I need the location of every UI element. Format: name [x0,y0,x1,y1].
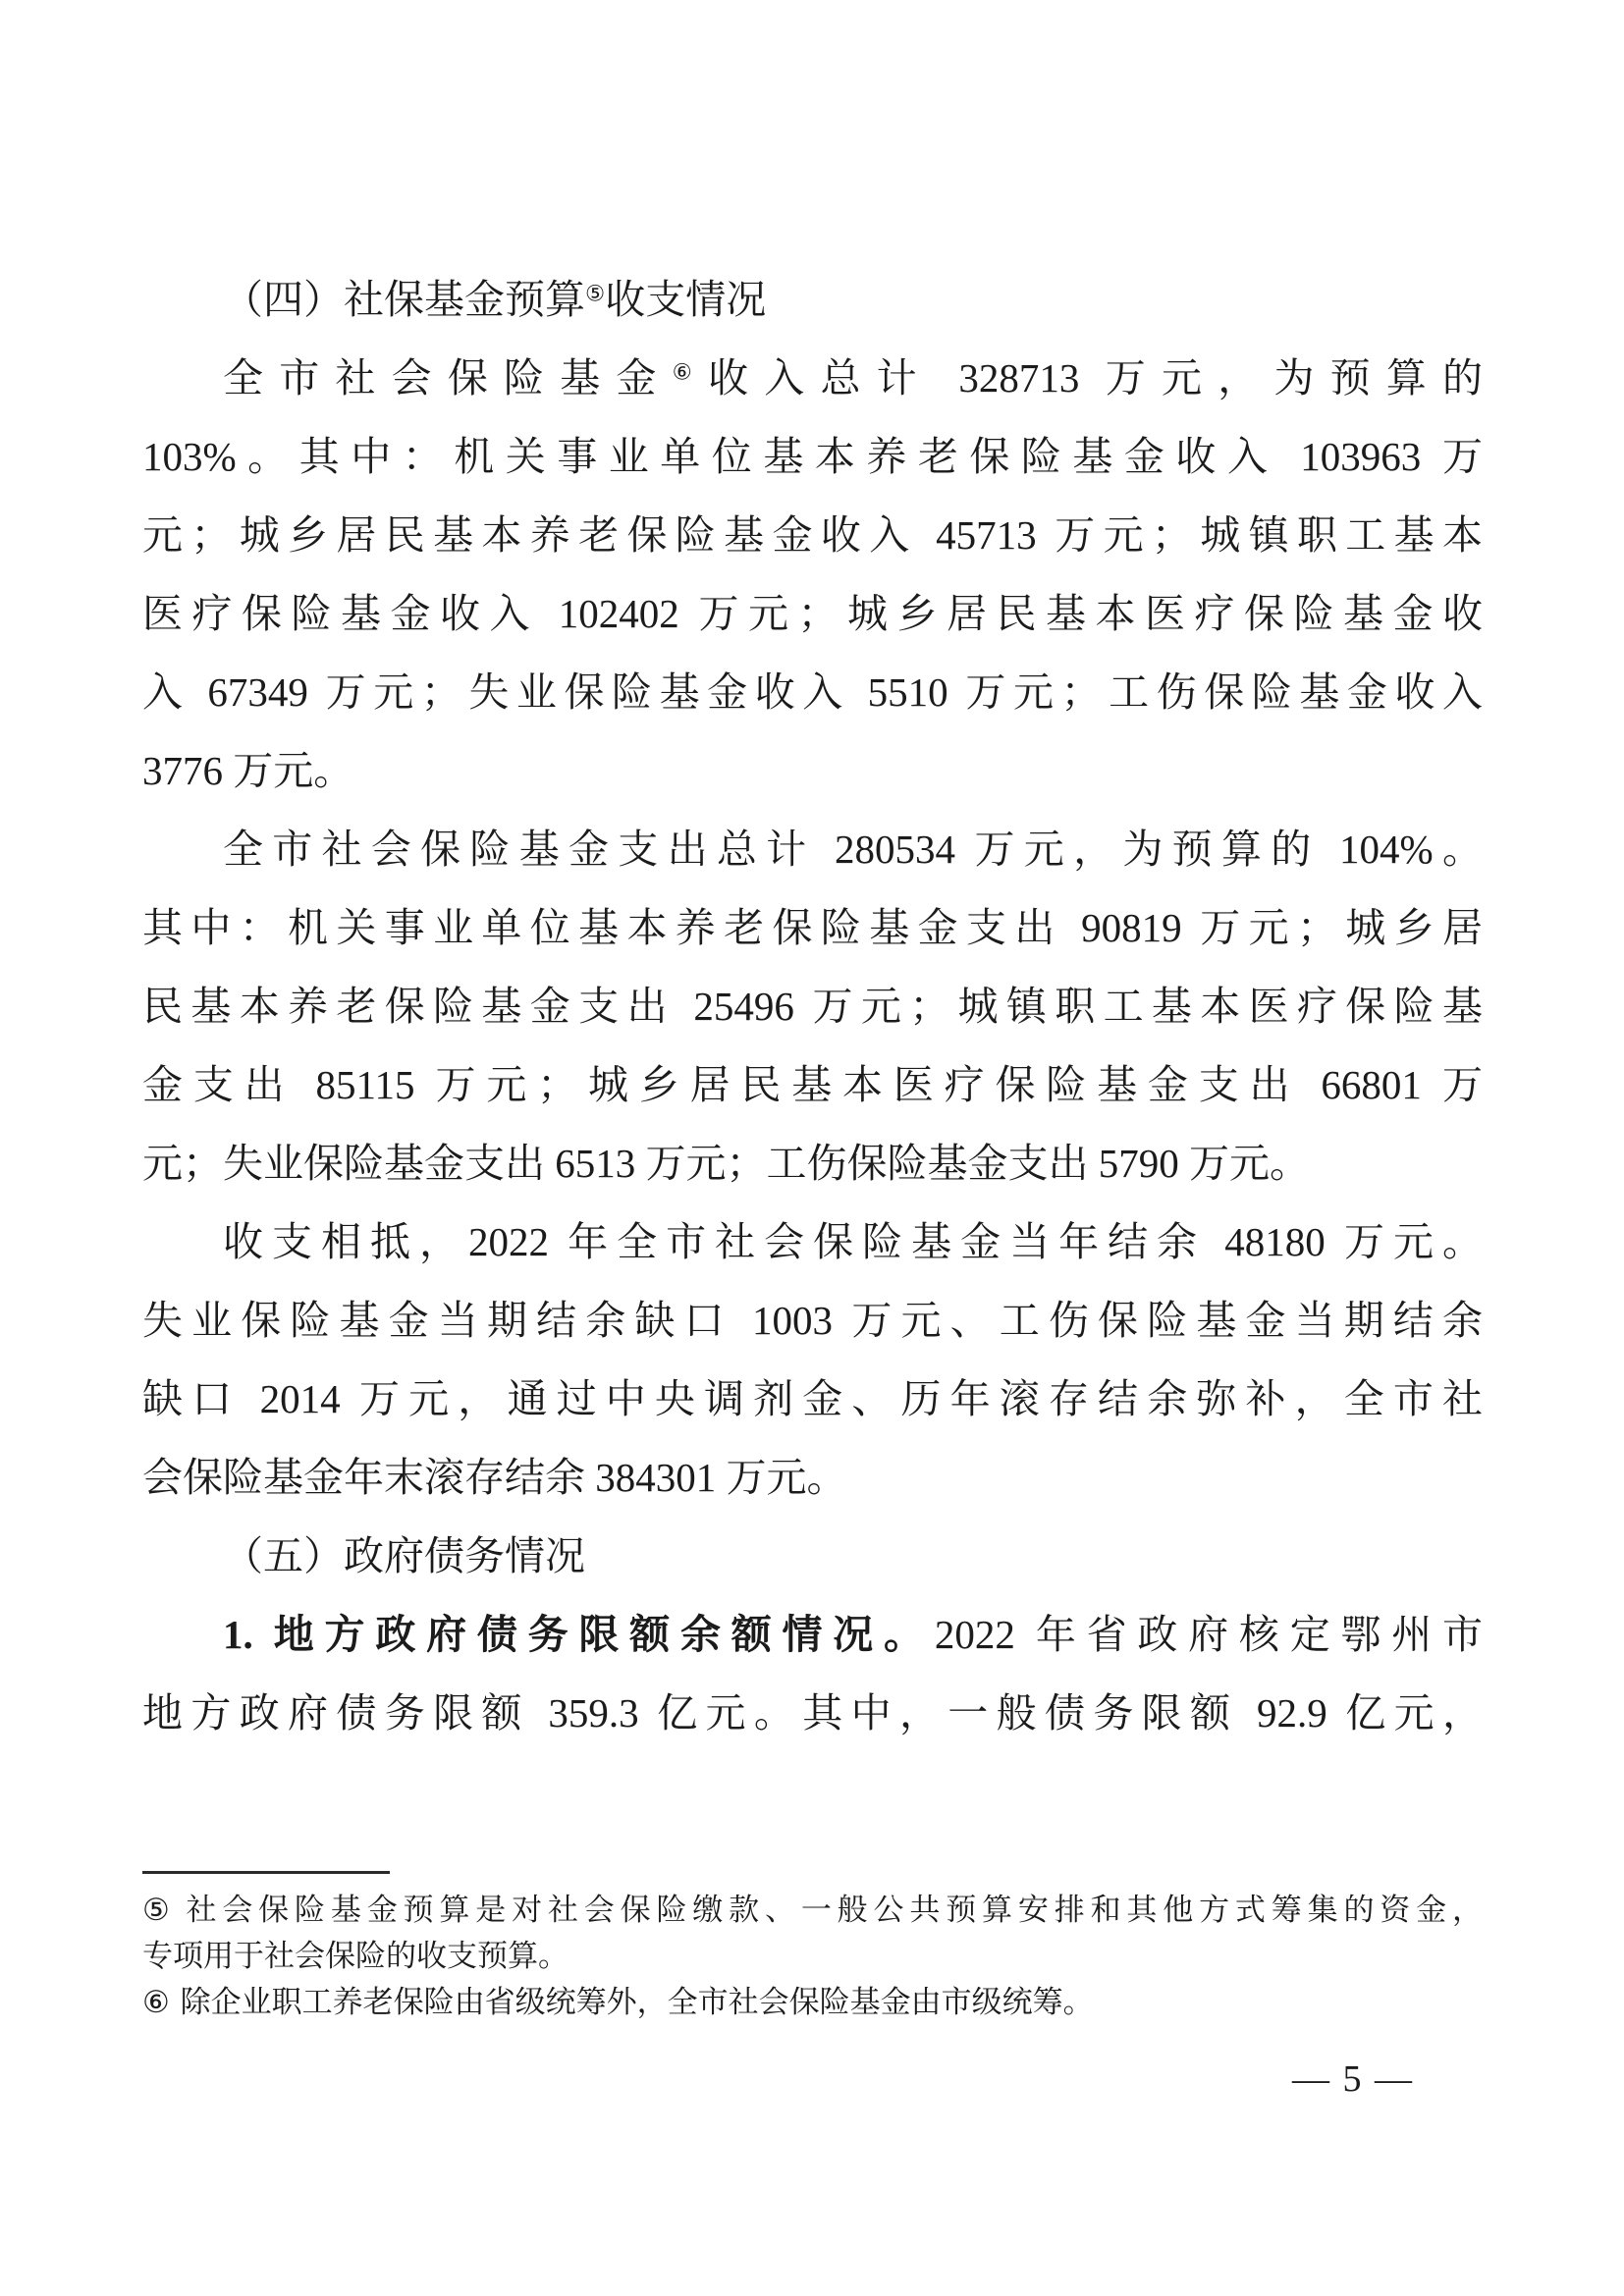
page-number: — 5 — [1292,2056,1414,2103]
run-in-subheading: 1. 地方政府债务限额余额情况。 [223,1612,935,1657]
line-text: 全市社会保险基金 [223,355,673,400]
footnote-separator-rule [142,1871,390,1874]
paragraph-line: 失业保险基金当期结余缺口 1003 万元、工伤保险基金当期结余 [142,1281,1483,1360]
paragraph-line: 3776 万元。 [142,731,1483,810]
line-text: 2022 年省政府核定鄂州市 [935,1612,1483,1657]
paragraph-line: 地方政府债务限额 359.3 亿元。其中，一般债务限额 92.9 亿元， [142,1674,1483,1752]
paragraph-social-insurance-expenditure: 全市社会保险基金支出总计 280534 万元，为预算的 104%。 其中：机关事… [142,810,1483,1202]
footnote-5-line-2: 专项用于社会保险的收支预算。 [142,1933,1483,1979]
document-page: （四）社保基金预算⑤收支情况 全市社会保险基金⑥收入总计 328713 万元，为… [0,0,1624,2296]
footnote-6-text: 除企业职工养老保险由省级统筹外，全市社会保险基金由市级统筹。 [181,1985,1094,2019]
paragraph-social-insurance-income: 全市社会保险基金⑥收入总计 328713 万元，为预算的 103%。其中：机关事… [142,339,1483,810]
paragraph-line: 入 67349 万元；失业保险基金收入 5510 万元；工伤保险基金收入 [142,653,1483,731]
paragraph-line: 会保险基金年末滚存结余 384301 万元。 [142,1438,1483,1517]
paragraph-line: 全市社会保险基金⑥收入总计 328713 万元，为预算的 [142,339,1483,417]
paragraph-line: 103%。其中：机关事业单位基本养老保险基金收入 103963 万 [142,417,1483,496]
section-heading-5: （五）政府债务情况 [142,1517,1483,1595]
paragraph-line: 医疗保险基金收入 102402 万元；城乡居民基本医疗保险基金收 [142,574,1483,653]
paragraph-line: 收支相抵，2022 年全市社会保险基金当年结余 48180 万元。 [142,1202,1483,1281]
footnote-5-marker: ⑤ [142,1893,186,1927]
paragraph-line: 元；城乡居民基本养老保险基金收入 45713 万元；城镇职工基本 [142,496,1483,574]
document-body: （四）社保基金预算⑤收支情况 全市社会保险基金⑥收入总计 328713 万元，为… [142,260,1483,1752]
footnote-ref-6-marker: ⑥ [673,360,708,385]
paragraph-government-debt: 1. 地方政府债务限额余额情况。2022 年省政府核定鄂州市 地方政府债务限额 … [142,1595,1483,1752]
paragraph-line: 金支出 85115 万元；城乡居民基本医疗保险基金支出 66801 万 [142,1045,1483,1124]
paragraph-line: 其中：机关事业单位基本养老保险基金支出 90819 万元；城乡居 [142,888,1483,967]
paragraph-line: 全市社会保险基金支出总计 280534 万元，为预算的 104%。 [142,810,1483,888]
paragraph-line: 元；失业保险基金支出 6513 万元；工伤保险基金支出 5790 万元。 [142,1124,1483,1202]
paragraph-line: 缺口 2014 万元，通过中央调剂金、历年滚存结余弥补，全市社 [142,1360,1483,1438]
footnote-6-marker: ⑥ [142,1985,181,2019]
paragraph-line: 1. 地方政府债务限额余额情况。2022 年省政府核定鄂州市 [142,1595,1483,1674]
footnote-6-line: ⑥除企业职工养老保险由省级统筹外，全市社会保险基金由市级统筹。 [142,1979,1483,2025]
section-heading-4: （四）社保基金预算⑤收支情况 [142,260,1483,339]
footnote-5-text: 社会保险基金预算是对社会保险缴款、一般公共预算安排和其他方式筹集的资金， [186,1893,1483,1927]
footnotes-section: ⑤社会保险基金预算是对社会保险缴款、一般公共预算安排和其他方式筹集的资金， 专项… [142,1871,1483,2025]
paragraph-social-insurance-balance: 收支相抵，2022 年全市社会保险基金当年结余 48180 万元。 失业保险基金… [142,1202,1483,1517]
footnote-ref-5-marker: ⑤ [585,282,605,306]
section-heading-4-suffix: 收支情况 [605,277,766,322]
line-text: 收入总计 328713 万元，为预算的 [708,355,1483,400]
section-heading-4-text: （四）社保基金预算 [223,277,585,322]
footnote-5-line-1: ⑤社会保险基金预算是对社会保险缴款、一般公共预算安排和其他方式筹集的资金， [142,1887,1483,1933]
paragraph-line: 民基本养老保险基金支出 25496 万元；城镇职工基本医疗保险基 [142,967,1483,1045]
